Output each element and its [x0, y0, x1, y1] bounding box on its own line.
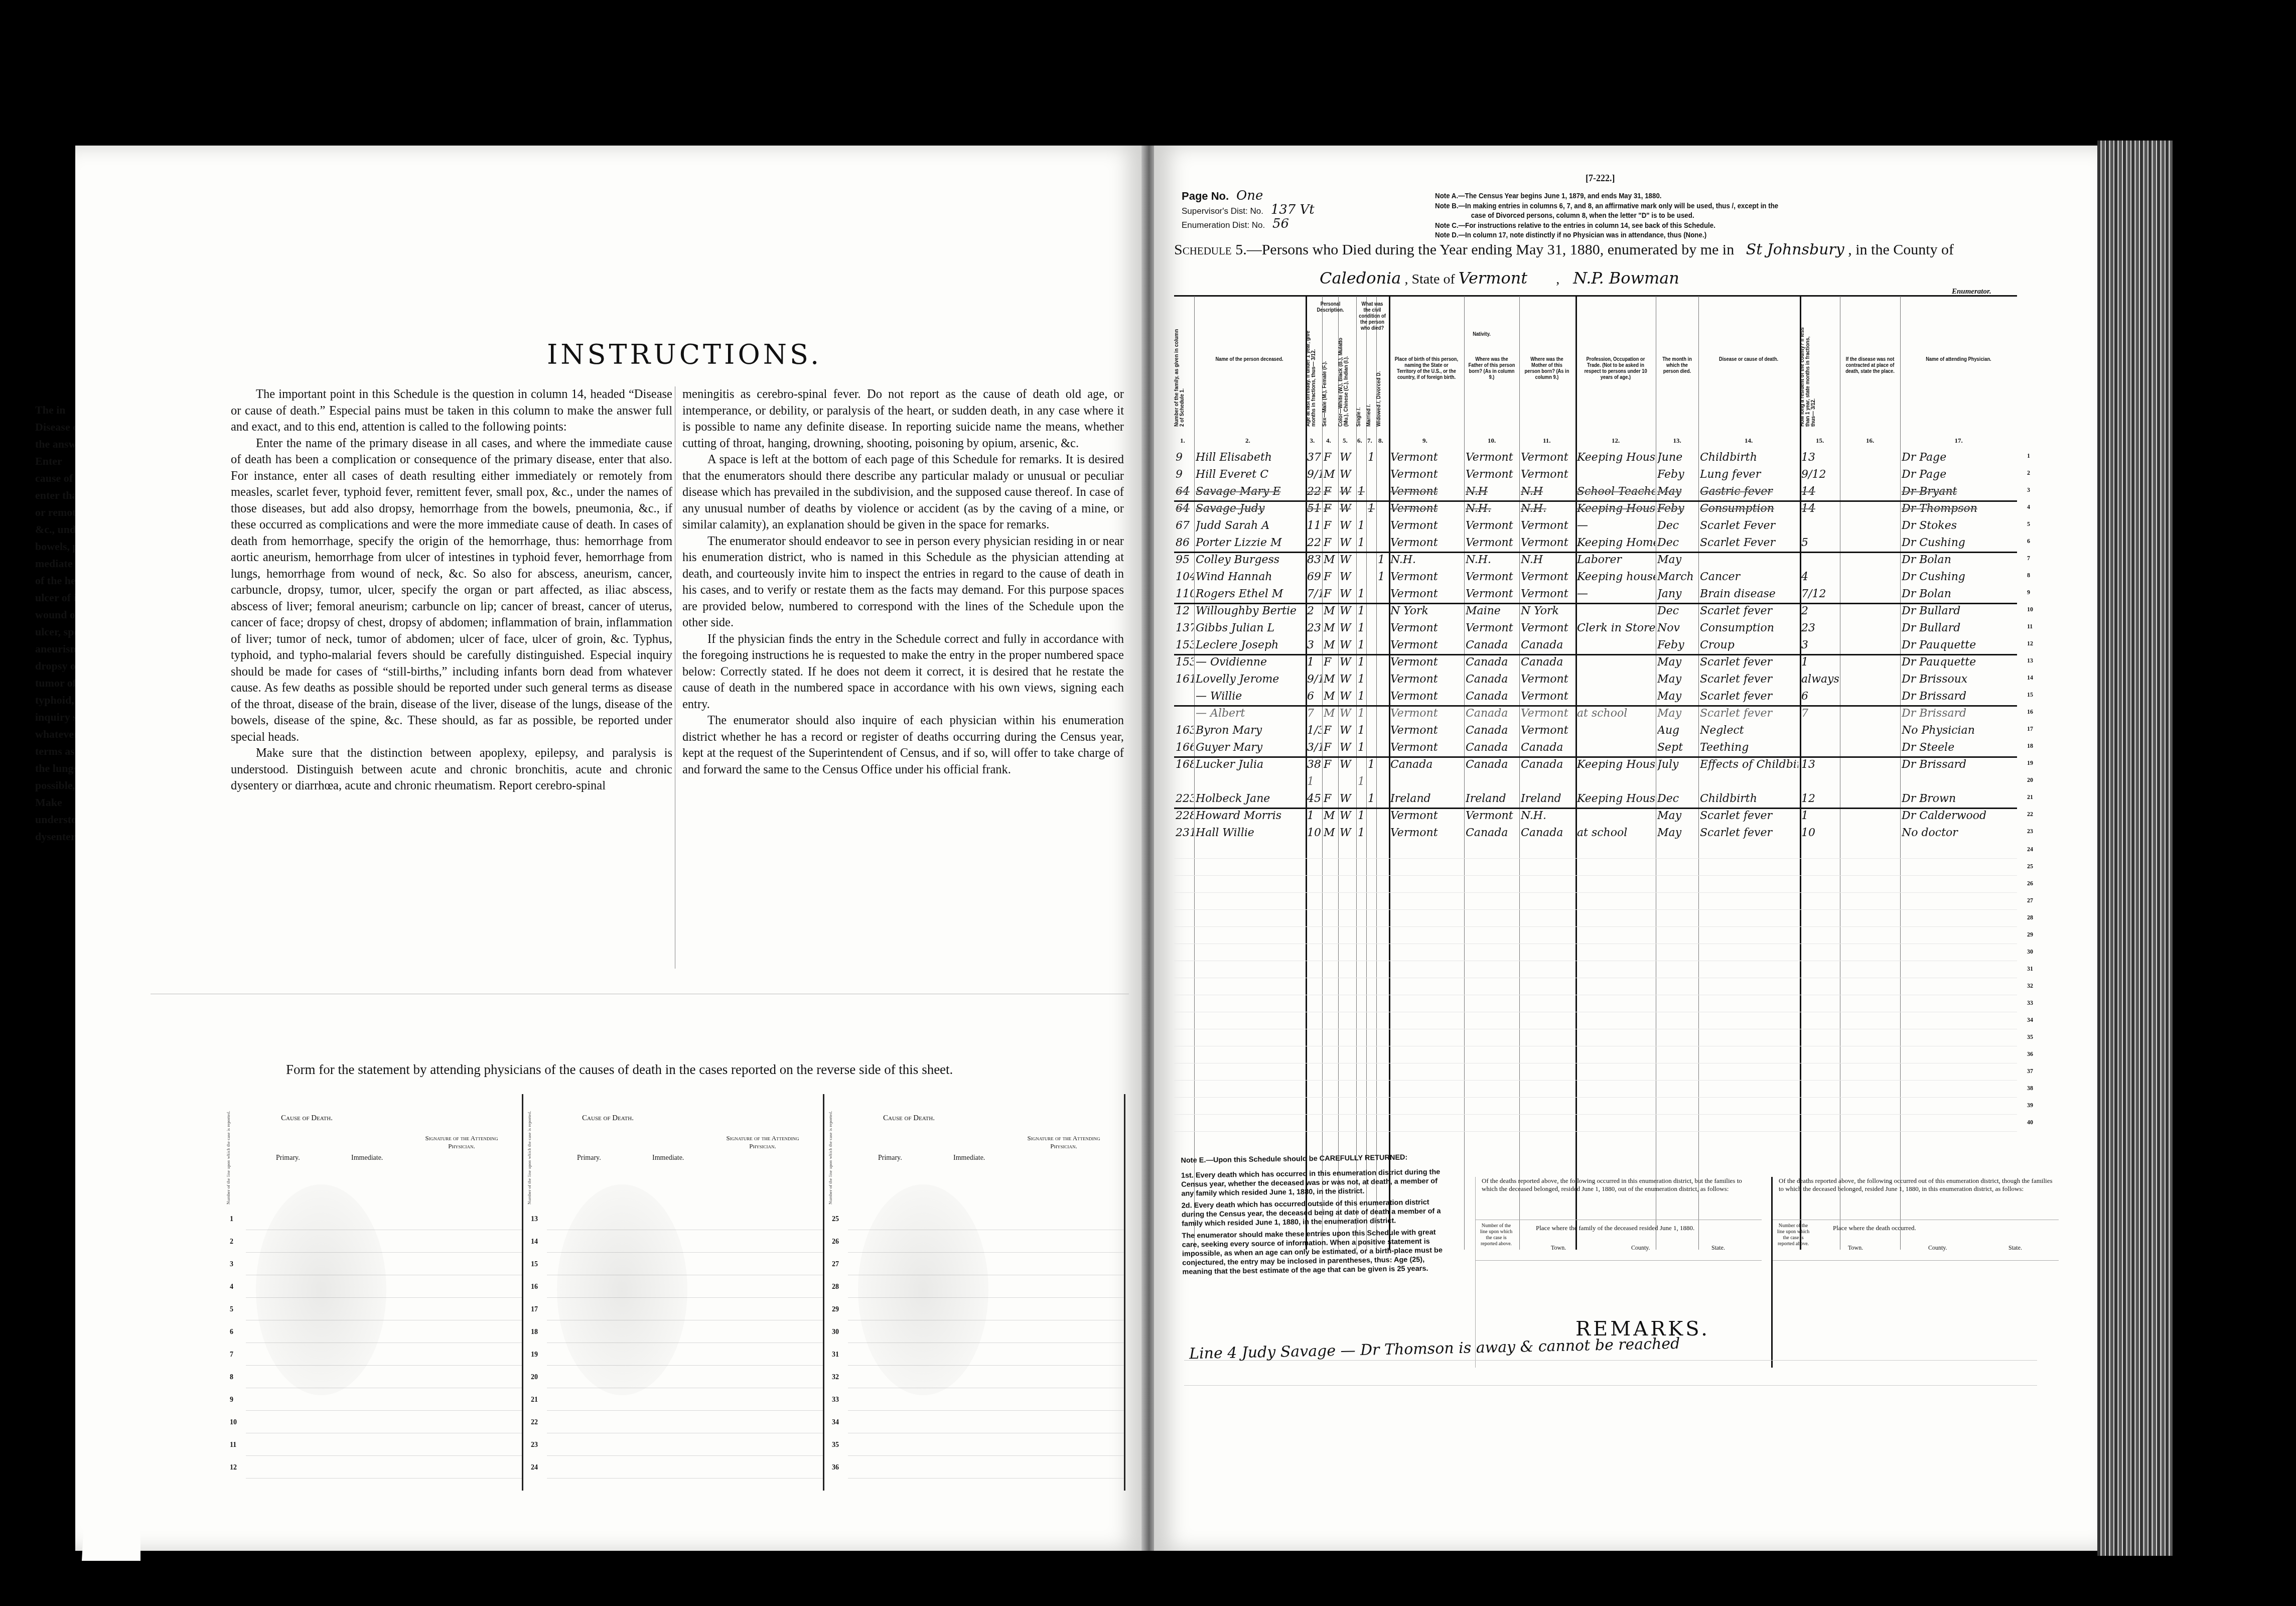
county-header: County.	[1631, 1244, 1650, 1252]
torn-margin-line: &c., under t	[35, 521, 75, 538]
form-row-line	[547, 1478, 823, 1479]
paper-stain	[858, 1184, 988, 1395]
cell-birth: Vermont	[1390, 639, 1464, 651]
form-line-number: 12	[230, 1464, 237, 1472]
instructions-paragraph: If the physician finds the entry in the …	[682, 631, 1124, 713]
cell-name: Hall Willie	[1196, 827, 1304, 839]
cell-physician: Dr Steele	[1902, 741, 2017, 754]
instructions-column-2: meningitis as cerebro-spinal fever. Do n…	[682, 386, 1124, 778]
cell-month: May	[1657, 656, 1698, 668]
empty-row-line	[1174, 995, 2017, 995]
cell-month: Aug	[1657, 724, 1698, 737]
cell-name: — Willie	[1196, 690, 1304, 703]
cell-name: Hill Elisabeth	[1196, 451, 1304, 464]
torn-margin-line: the answer	[35, 436, 75, 453]
cell-father: Canada	[1466, 656, 1519, 668]
line-number: 40	[2027, 1119, 2033, 1126]
form-line-number: 36	[832, 1464, 839, 1472]
cell-color: W	[1340, 502, 1355, 515]
torn-margin-line: ulcer of in	[35, 589, 75, 606]
table-row: — Albert7MW1VermontCanadaVermontat schoo…	[1174, 705, 2017, 722]
section-divider	[151, 994, 1129, 994]
table-row: 228Howard Morris1MW1VermontVermontN.H.Ma…	[1174, 808, 2017, 825]
column-header: Name of attending Physician.	[1909, 356, 2008, 362]
cell-month: May	[1657, 690, 1698, 703]
column-header: Where was the Father of this person born…	[1468, 356, 1515, 380]
line-number-header: Number of the line upon which the case i…	[1776, 1223, 1811, 1247]
table-row: 1120	[1174, 773, 2017, 790]
town-header: Town.	[1848, 1244, 1863, 1252]
column-header: Single /.	[1356, 326, 1366, 427]
cell-single: 1	[1358, 707, 1366, 720]
table-row: 64Savage Judy51FW1VermontN.H.N.H.Keeping…	[1174, 500, 2017, 517]
torn-margin-line: aneurism;	[35, 640, 75, 657]
form-line-number: 1	[230, 1216, 233, 1224]
torn-margin-line: bowels, pne	[35, 538, 75, 555]
cell-month: Dec	[1657, 519, 1698, 532]
column-number: 17.	[1955, 437, 1963, 445]
cell-name: Wind Hannah	[1196, 571, 1304, 583]
cell-age: 1	[1307, 775, 1322, 788]
cell-mother: Vermont	[1521, 622, 1574, 634]
line-number: 6	[2027, 538, 2030, 545]
column-header: Name of the person deceased.	[1203, 356, 1297, 362]
enumeration-row: Enumeration Dist: No. 56	[1182, 216, 1315, 230]
cell-age: 9/12	[1307, 468, 1322, 481]
form-row-line	[246, 1388, 522, 1388]
cell-birth: Vermont	[1390, 673, 1464, 686]
cell-occupation: at school	[1577, 707, 1655, 720]
form-line-number: 7	[230, 1351, 233, 1359]
cell-mother: N York	[1521, 605, 1574, 617]
cell-age: 2	[1307, 605, 1322, 617]
cell-birth: Vermont	[1390, 451, 1464, 464]
form-line-number: 23	[531, 1441, 538, 1449]
cell-month: May	[1657, 673, 1698, 686]
cell-father: Vermont	[1466, 810, 1519, 822]
immediate-header: Immediate.	[351, 1154, 383, 1162]
cell-single: 1	[1358, 810, 1366, 822]
cell-month: May	[1657, 810, 1698, 822]
cell-father: Vermont	[1466, 537, 1519, 549]
cell-color: W	[1340, 827, 1355, 839]
instructions-paragraph: Make sure that the distinction between a…	[231, 745, 672, 794]
note-c: Note C.—For instructions relative to the…	[1435, 221, 1778, 231]
table-row: 223Holbeck Jane45FW1IrelandIrelandIrelan…	[1174, 790, 2017, 809]
cell-single: 1	[1358, 656, 1366, 668]
place-header: Place where the death occurred.	[1833, 1224, 1916, 1232]
note-b-cont: case of Divorced persons, column 8, when…	[1435, 211, 1778, 221]
cell-family: 231	[1176, 827, 1194, 839]
column-header: The month in which the person died.	[1659, 356, 1695, 374]
cell-physician: Dr Pauquette	[1902, 656, 2017, 668]
empty-row-line	[1174, 978, 2017, 978]
line-number: 35	[2027, 1033, 2033, 1041]
cell-occupation: Keeping Home	[1577, 537, 1655, 549]
physician-form-block: Number of the line upon which the case i…	[527, 1094, 824, 1491]
cell-month: Feby	[1657, 468, 1698, 481]
torn-margin-line: typhoid, an	[35, 692, 75, 709]
table-row: 166Guyer Mary3/12FW1VermontCanadaCanadaS…	[1174, 739, 2017, 758]
cell-occupation: Keeping House	[1577, 758, 1655, 771]
cell-name: Hill Everet C	[1196, 468, 1304, 481]
cell-name: — Albert	[1196, 707, 1304, 720]
cell-physician: Dr Bolan	[1902, 588, 2017, 600]
table-headers: Number of the line upon which the case i…	[1476, 1220, 1762, 1261]
cell-sex: F	[1324, 537, 1338, 549]
empty-row-line	[1174, 909, 2017, 910]
cell-color: W	[1340, 810, 1355, 822]
torn-margin-line: wound of n	[35, 606, 75, 623]
instructions-paragraph: meningitis as cerebro-spinal fever. Do n…	[682, 386, 1124, 452]
torn-margin-line: tumor of n	[35, 675, 75, 692]
cell-father: Canada	[1466, 741, 1519, 754]
cell-family: 166	[1176, 741, 1194, 754]
cell-name: Willoughby Bertie	[1196, 605, 1304, 617]
cell-resident: 12	[1801, 792, 1839, 805]
form-line-number: 24	[531, 1464, 538, 1472]
cell-sex: M	[1324, 468, 1338, 481]
form-line-number: 13	[531, 1216, 538, 1224]
form-line-number: 6	[230, 1328, 233, 1336]
page-no-value: One	[1236, 188, 1263, 203]
line-number: 27	[2027, 897, 2033, 904]
cell-sex: M	[1324, 605, 1338, 617]
cell-cause: Scarlet fever	[1700, 810, 1798, 822]
form-line-number: 32	[832, 1374, 839, 1382]
cell-family: 223	[1176, 792, 1194, 805]
cell-father: N.H	[1466, 485, 1519, 498]
table-intro: Of the deaths reported above, the follow…	[1773, 1177, 2059, 1193]
cell-mother: Canada	[1521, 656, 1574, 668]
cell-sex: F	[1324, 724, 1338, 737]
cell-occupation: School Teacher	[1577, 485, 1655, 498]
cell-sex: M	[1324, 554, 1338, 566]
cell-color: W	[1340, 656, 1355, 668]
primary-header: Primary.	[276, 1154, 300, 1162]
cell-sex: F	[1324, 519, 1338, 532]
line-number: 29	[2027, 931, 2033, 939]
cell-father: Maine	[1466, 605, 1519, 617]
cell-age: 3/12	[1307, 741, 1322, 754]
cell-occupation: —	[1577, 588, 1655, 600]
torn-margin-text: The inDisease orthe answerEntercause of …	[35, 401, 75, 845]
form-line-number: 28	[832, 1283, 839, 1291]
line-number-header: Number of the line upon which the case i…	[527, 1104, 542, 1204]
empty-row-line	[1174, 1080, 2017, 1081]
cell-age: 69	[1307, 571, 1322, 583]
column-header: If the disease was not contracted at pla…	[1844, 356, 1896, 374]
cell-occupation: Keeping house	[1577, 571, 1655, 583]
cell-birth: Vermont	[1390, 810, 1464, 822]
cell-father: Vermont	[1466, 622, 1519, 634]
left-page: INSTRUCTIONS. The important point in thi…	[75, 146, 1144, 1551]
cell-color: W	[1340, 468, 1355, 481]
line-number: 15	[2027, 691, 2033, 699]
cell-single: 1	[1358, 724, 1366, 737]
cell-physician: Dr Bullard	[1902, 622, 2017, 634]
column-number: 4.	[1326, 437, 1331, 445]
form-line-number: 16	[531, 1283, 538, 1291]
cell-resident: 13	[1801, 451, 1839, 464]
line-number: 26	[2027, 880, 2033, 887]
cell-physician: Dr Calderwood	[1902, 810, 2017, 822]
cell-occupation: —	[1577, 519, 1655, 532]
column-header: Disease or cause of death.	[1706, 356, 1791, 362]
cell-physician: Dr Page	[1902, 468, 2017, 481]
cell-sex: F	[1324, 502, 1338, 515]
cell-widowed: 1	[1378, 571, 1388, 583]
remarks-rule	[1184, 1385, 2037, 1386]
cell-occupation: Keeping House	[1577, 451, 1655, 464]
cell-father: Vermont	[1466, 571, 1519, 583]
cell-mother: N.H.	[1521, 502, 1574, 515]
cell-father: Canada	[1466, 707, 1519, 720]
supervisor-label: Supervisor's Dist: No.	[1182, 206, 1263, 216]
county-suffix: , in the County of	[1848, 241, 1954, 258]
torn-margin-line: dropsy of c	[35, 657, 75, 675]
line-number: 5	[2027, 520, 2030, 528]
cell-month: Dec	[1657, 792, 1698, 805]
form-line-number: 14	[531, 1238, 538, 1246]
table-row: 163Byron Mary1/30FW1VermontCanadaVermont…	[1174, 722, 2017, 739]
cell-month: May	[1657, 827, 1698, 839]
cell-cause: Scarlet fever	[1700, 707, 1798, 720]
group-header-civil: What was the civil condition of the pers…	[1359, 301, 1386, 331]
form-line-number: 4	[230, 1283, 233, 1291]
form-number: [7-222.]	[1586, 173, 1615, 184]
column-header: Married /.	[1366, 326, 1376, 427]
page-no-label: Page No.	[1182, 190, 1229, 203]
cell-cause: Cancer	[1700, 571, 1798, 583]
cell-cause: Consumption	[1700, 622, 1798, 634]
table-row: 110Rogers Ethel M7/12FW1VermontVermontVe…	[1174, 586, 2017, 604]
column-number: 12.	[1612, 437, 1620, 445]
form-line-number: 29	[832, 1306, 839, 1314]
cell-cause: Neglect	[1700, 724, 1798, 737]
cell-single: 1	[1358, 639, 1366, 651]
cell-name: Savage Judy	[1196, 502, 1304, 515]
place-header: Place where the family of the deceased r…	[1536, 1224, 1694, 1232]
form-line-number: 2	[230, 1238, 233, 1246]
form-row-line	[547, 1388, 823, 1388]
cell-birth: Vermont	[1390, 502, 1464, 515]
cell-color: W	[1340, 451, 1355, 464]
note-a: Note A.—The Census Year begins June 1, 1…	[1435, 192, 1778, 202]
cell-physician: Dr Brown	[1902, 792, 2017, 805]
cell-name: Leclere Joseph	[1196, 639, 1304, 651]
cell-family: 9	[1176, 468, 1194, 481]
cell-age: 51	[1307, 502, 1322, 515]
state-value: Vermont	[1459, 269, 1527, 288]
right-page: [7-222.] Page No. One Supervisor's Dist:…	[1154, 146, 2097, 1551]
cell-month: Dec	[1657, 605, 1698, 617]
cell-cause: Scarlet fever	[1700, 656, 1798, 668]
torn-margin-line: cause of de	[35, 470, 75, 487]
note-b: Note B.—In making entries in columns 6, …	[1435, 202, 1778, 212]
column-header: How long a resident of the county? If le…	[1800, 326, 1817, 427]
line-number: 34	[2027, 1016, 2033, 1024]
torn-margin-line: or remotely	[35, 504, 75, 521]
torn-margin-line: of the hem	[35, 572, 75, 589]
table-row: 9Hill Elisabeth37FW1VermontVermontVermon…	[1174, 449, 2017, 466]
cell-resident: 4	[1801, 571, 1839, 583]
cell-birth: Vermont	[1390, 707, 1464, 720]
form-line-number: 3	[230, 1261, 233, 1269]
column-header: Widowed /, Divorced D.	[1376, 326, 1388, 427]
form-row-line	[246, 1410, 522, 1411]
cell-resident: 3	[1801, 639, 1839, 651]
table-row: 137Gibbs Julian L23MW1VermontVermontVerm…	[1174, 620, 2017, 637]
cell-age: 10	[1307, 827, 1322, 839]
torn-margin-line: ulcer, specif	[35, 623, 75, 640]
column-number: 15.	[1816, 437, 1824, 445]
cell-mother: Vermont	[1521, 707, 1574, 720]
cell-color: W	[1340, 485, 1355, 498]
torn-margin-line: Disease or	[35, 419, 75, 436]
notes-block: Note A.—The Census Year begins June 1, 1…	[1435, 192, 1778, 241]
column-number: 13.	[1673, 437, 1681, 445]
schedule-text: —Persons who Died during the Year ending…	[1247, 241, 1735, 258]
line-number: 11	[2027, 623, 2033, 630]
cell-sex: F	[1324, 588, 1338, 600]
cell-married: 1	[1368, 451, 1376, 464]
line-number: 37	[2027, 1067, 2033, 1075]
line-number: 33	[2027, 999, 2033, 1007]
column-number: 6.	[1357, 437, 1362, 445]
cell-cause: Croup	[1700, 639, 1798, 651]
signature-header: Signature of the Attending Physician.	[717, 1134, 808, 1150]
cell-mother: N.H	[1521, 485, 1574, 498]
line-number: 2	[2027, 469, 2030, 477]
cell-family: 161	[1176, 673, 1194, 686]
cell-resident: 7/12	[1801, 588, 1839, 600]
cell-birth: N.H.	[1390, 554, 1464, 566]
empty-row-line	[1174, 1114, 2017, 1115]
cell-month: Sept	[1657, 741, 1698, 754]
cell-age: 3	[1307, 639, 1322, 651]
cell-resident: 14	[1801, 485, 1839, 498]
table-row: 104Wind Hannah69FW1VermontVermontVermont…	[1174, 569, 2017, 586]
column-number: 16.	[1866, 437, 1874, 445]
line-number: 13	[2027, 657, 2033, 664]
line-number: 30	[2027, 948, 2033, 956]
line-number-header: Number of the line upon which the case i…	[1479, 1223, 1514, 1247]
column-header: Number of the family, as given in column…	[1174, 326, 1191, 427]
cell-mother: Vermont	[1521, 519, 1574, 532]
cell-mother: Vermont	[1521, 571, 1574, 583]
cell-father: Vermont	[1466, 451, 1519, 464]
cell-birth: Vermont	[1390, 485, 1464, 498]
column-number: 1.	[1180, 437, 1185, 445]
form-row-line	[246, 1433, 522, 1433]
cell-mother: Vermont	[1521, 588, 1574, 600]
line-number: 4	[2027, 503, 2030, 511]
cell-single: 1	[1358, 741, 1366, 754]
cell-family: 153	[1176, 639, 1194, 651]
cell-sex: M	[1324, 707, 1338, 720]
empty-row-line	[1174, 961, 2017, 961]
cell-family: 137	[1176, 622, 1194, 634]
cell-father: Canada	[1466, 690, 1519, 703]
cell-widowed: 1	[1378, 554, 1388, 566]
group-header-nativity: Nativity.	[1403, 331, 1561, 337]
cell-age: 7	[1307, 707, 1322, 720]
cell-family: 12	[1176, 605, 1194, 617]
cell-family: 168	[1176, 758, 1194, 771]
cell-cause: Teething	[1700, 741, 1798, 754]
column-number: 5.	[1343, 437, 1348, 445]
cell-father: Vermont	[1466, 468, 1519, 481]
cell-color: W	[1340, 554, 1355, 566]
cell-birth: Vermont	[1390, 519, 1464, 532]
form-line-number: 11	[230, 1441, 236, 1449]
cell-physician: Dr Bryant	[1902, 485, 2017, 498]
cell-cause: Consumption	[1700, 502, 1798, 515]
cell-sex: F	[1324, 758, 1338, 771]
cell-age: 83	[1307, 554, 1322, 566]
form-row-line	[246, 1478, 522, 1479]
cell-single: 1	[1358, 827, 1366, 839]
cell-resident: 13	[1801, 758, 1839, 771]
cell-sex: F	[1324, 656, 1338, 668]
cell-married: 1	[1368, 758, 1376, 771]
cell-resident: 1	[1801, 810, 1839, 822]
cell-physician: Dr Bolan	[1902, 554, 2017, 566]
cell-single: 1	[1358, 673, 1366, 686]
cell-color: W	[1340, 605, 1355, 617]
line-number: 31	[2027, 965, 2033, 973]
form-line-number: 17	[531, 1306, 538, 1314]
cell-age: 1/30	[1307, 724, 1322, 737]
line-number: 38	[2027, 1085, 2033, 1092]
cell-cause: Brain disease	[1700, 588, 1798, 600]
physician-form-block: Number of the line upon which the case i…	[828, 1094, 1125, 1491]
cell-age: 38	[1307, 758, 1322, 771]
cell-sex: F	[1324, 792, 1338, 805]
cell-resident: 6	[1801, 690, 1839, 703]
cell-age: 9/12	[1307, 673, 1322, 686]
cell-family: 163	[1176, 724, 1194, 737]
instructions-title: INSTRUCTIONS.	[547, 339, 822, 370]
cell-birth: Vermont	[1390, 588, 1464, 600]
table-intro: Of the deaths reported above, the follow…	[1476, 1177, 1762, 1193]
column-number: 2.	[1245, 437, 1250, 445]
torn-margin-line: inquiry sho	[35, 709, 75, 726]
cell-month: Jany	[1657, 588, 1698, 600]
form-line-number: 30	[832, 1328, 839, 1336]
line-number: 17	[2027, 725, 2033, 733]
form-line-number: 33	[832, 1396, 839, 1404]
line-number-header: Number of the line upon which the case i…	[226, 1104, 241, 1204]
cell-physician: Dr Brissoux	[1902, 673, 2017, 686]
line-number: 10	[2027, 606, 2033, 613]
schedule-place: St Johnsbury	[1746, 241, 1844, 258]
schedule-prefix: Schedule 5.	[1174, 241, 1247, 258]
cell-color: W	[1340, 519, 1355, 532]
form-line-number: 25	[832, 1216, 839, 1224]
column-number: 9.	[1422, 437, 1427, 445]
table-row: 161Lovelly Jerome9/12MW1VermontCanadaVer…	[1174, 671, 2017, 688]
form-line-number: 18	[531, 1328, 538, 1336]
enumeration-label: Enumeration Dist: No.	[1182, 220, 1265, 230]
cell-mother: Vermont	[1521, 724, 1574, 737]
state-header: State.	[2008, 1244, 2022, 1252]
torn-margin-line: the lungs, d	[35, 760, 75, 777]
cell-month: May	[1657, 554, 1698, 566]
page-meta: Page No. One Supervisor's Dist: No. 137 …	[1182, 188, 1315, 230]
cell-sex: M	[1324, 639, 1338, 651]
